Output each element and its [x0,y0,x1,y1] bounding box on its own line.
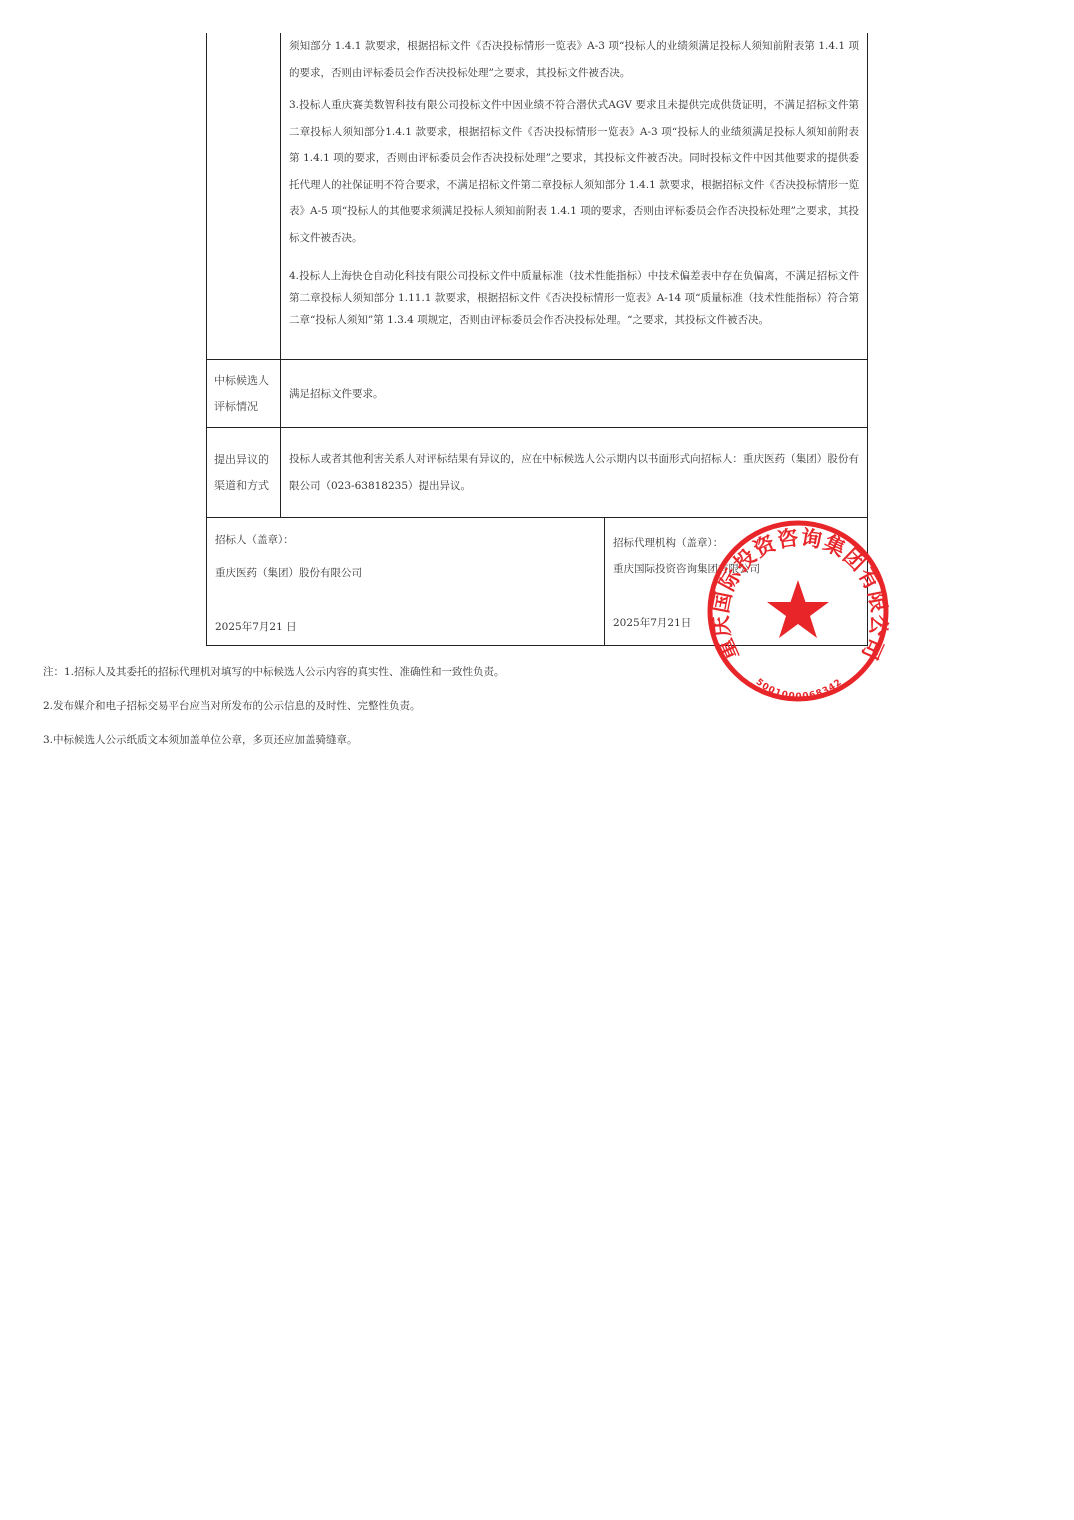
svg-text:5001000068342: 5001000068342 [754,677,845,702]
rejection-item-4: 4.投标人上海快仓自动化科技有限公司投标文件中质量标准（技术性能指标）中技术偏差… [289,265,859,331]
agency-signature-cell: 招标代理机构（盖章）： 重庆国际投资咨询集团有限公司 2025年7月21日 [605,518,867,645]
signature-row: 招标人（盖章）： 重庆医药（集团）股份有限公司 2025年7月21 日 招标代理… [206,517,868,646]
candidate-eval-text: 满足招标文件要求。 [289,386,384,401]
agency-name: 重庆国际投资咨询集团有限公司 [613,561,760,576]
rejection-reasons-row: 须知部分 1.4.1 款要求，根据招标文件《否决投标情形一览表》A-3 项“投标… [206,33,868,359]
footnote-3: 3.中标候选人公示纸质文本须加盖单位公章，多页还应加盖骑缝章。 [43,723,505,757]
tenderer-name: 重庆医药（集团）股份有限公司 [215,565,362,580]
agency-date: 2025年7月21日 [613,615,691,630]
document-page: 须知部分 1.4.1 款要求，根据招标文件《否决投标情形一览表》A-3 项“投标… [0,0,1074,1520]
objection-text: 投标人或者其他利害关系人对评标结果有异议的，应在中标候选人公示期内以书面形式向招… [289,446,859,499]
objection-row: 提出异议的渠道和方式 投标人或者其他利害关系人对评标结果有异议的，应在中标候选人… [206,427,868,517]
objection-label: 提出异议的渠道和方式 [207,428,281,517]
rejection-item-3: 3.投标人重庆赛美数智科技有限公司投标文件中因业绩不符合潜伏式AGV 要求且未提… [289,92,859,251]
footnote-1: 注：1.招标人及其委托的招标代理机对填写的中标候选人公示内容的真实性、准确性和一… [43,655,505,689]
candidate-eval-row: 中标候选人评标情况 满足招标文件要求。 [206,359,868,427]
candidate-eval-value: 满足招标文件要求。 [281,360,867,427]
objection-value: 投标人或者其他利害关系人对评标结果有异议的，应在中标候选人公示期内以书面形式向招… [281,428,867,517]
agency-seal-label: 招标代理机构（盖章）： [613,535,723,550]
rejection-reasons-label-cell [207,33,281,359]
rejection-reasons-value: 须知部分 1.4.1 款要求，根据招标文件《否决投标情形一览表》A-3 项“投标… [281,33,867,359]
rejection-item-2-tail: 须知部分 1.4.1 款要求，根据招标文件《否决投标情形一览表》A-3 项“投标… [289,33,859,86]
footnote-2: 2.发布媒介和电子招标交易平台应当对所发布的公示信息的及时性、完整性负责。 [43,689,505,723]
announcement-table: 须知部分 1.4.1 款要求，根据招标文件《否决投标情形一览表》A-3 项“投标… [206,33,868,646]
footnotes: 注：1.招标人及其委托的招标代理机对填写的中标候选人公示内容的真实性、准确性和一… [43,655,505,757]
tenderer-date: 2025年7月21 日 [215,619,297,634]
tenderer-signature-cell: 招标人（盖章）： 重庆医药（集团）股份有限公司 2025年7月21 日 [207,518,605,645]
tenderer-seal-label: 招标人（盖章）： [215,532,294,547]
candidate-eval-label: 中标候选人评标情况 [207,360,281,427]
